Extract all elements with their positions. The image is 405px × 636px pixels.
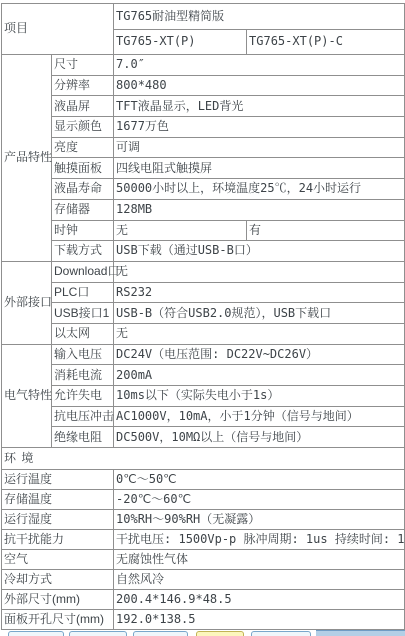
- partial-button-2[interactable]: [69, 631, 127, 636]
- row-value: 无: [114, 323, 405, 344]
- row-label: 外部尺寸(mm): [2, 590, 114, 610]
- row-value: DC24V（电压范围: DC22V~DC26V）: [114, 344, 405, 365]
- model-a: TG765-XT(P): [114, 29, 247, 55]
- row-label: Download口: [52, 261, 114, 282]
- row-label: 绝缘电阻: [52, 427, 114, 448]
- partial-button-1[interactable]: [8, 631, 64, 636]
- row-value: -20℃～60℃: [114, 490, 405, 510]
- row-value: 干扰电压: 1500Vp-p 脉冲周期: 1us 持续时间: 1分钟: [114, 530, 405, 550]
- row-value: TFT液晶显示，LED背光: [114, 96, 405, 117]
- row-label: 消耗电流: [52, 365, 114, 386]
- row-value: 200mA: [114, 365, 405, 386]
- row-value: 192.0*138.5: [114, 610, 405, 630]
- row-label: 输入电压: [52, 344, 114, 365]
- table-row: 产品特性 尺寸 7.0″: [2, 55, 405, 76]
- row-value-model-b: 有: [247, 220, 405, 241]
- section-header-row: 环 境: [2, 448, 405, 470]
- row-value: 0℃～50℃: [114, 470, 405, 490]
- partial-button-5[interactable]: [251, 631, 311, 636]
- row-label: 触摸面板: [52, 158, 114, 179]
- row-value: 1677万色: [114, 117, 405, 138]
- table-row: 下载方式 USB下载（通过USB-B口）: [2, 241, 405, 262]
- table-row: 触摸面板 四线电阻式触摸屏: [2, 158, 405, 179]
- row-label: 液晶屏: [52, 96, 114, 117]
- table-row-clock: 时钟 无 有: [2, 220, 405, 241]
- partial-blue-panel: [316, 630, 405, 636]
- row-label: USB接口1: [52, 303, 114, 324]
- row-value: AC1000V，10mA，小于1分钟（信号与地间）: [114, 406, 405, 427]
- row-label: 以太网: [52, 323, 114, 344]
- table-row: 电气特性 输入电压 DC24V（电压范围: DC22V~DC26V）: [2, 344, 405, 365]
- table-row: USB接口1 USB-B（符合USB2.0规范），USB下载口: [2, 303, 405, 324]
- row-label: 时钟: [52, 220, 114, 241]
- table-row: PLC口 RS232: [2, 282, 405, 303]
- table-row: 抗电压冲击 AC1000V，10mA，小于1分钟（信号与地间）: [2, 406, 405, 427]
- row-label: PLC口: [52, 282, 114, 303]
- row-value-model-a: 无: [114, 220, 247, 241]
- row-label: 显示颜色: [52, 117, 114, 138]
- table-header-row: 项目 TG765耐油型精简版: [2, 4, 405, 30]
- row-value: 四线电阻式触摸屏: [114, 158, 405, 179]
- table-row: 运行湿度 10%RH～90%RH（无凝露）: [2, 510, 405, 530]
- partial-button-3[interactable]: [133, 631, 188, 636]
- row-value: 10ms以下（实际失电小于1s）: [114, 386, 405, 407]
- header-item-cell: 项目: [2, 4, 114, 55]
- row-label: 运行温度: [2, 470, 114, 490]
- table-row: 空气 无腐蚀性气体: [2, 550, 405, 570]
- table-row: 抗干扰能力 干扰电压: 1500Vp-p 脉冲周期: 1us 持续时间: 1分钟: [2, 530, 405, 550]
- row-label: 运行湿度: [2, 510, 114, 530]
- table-row: 外部尺寸(mm) 200.4*146.9*48.5: [2, 590, 405, 610]
- model-b: TG765-XT(P)-C: [247, 29, 405, 55]
- table-row: 面板开孔尺寸(mm) 192.0*138.5: [2, 610, 405, 630]
- table-row: 绝缘电阻 DC500V，10MΩ以上（信号与地间）: [2, 427, 405, 448]
- row-label: 存储器: [52, 199, 114, 220]
- row-value: 可调: [114, 137, 405, 158]
- table-row: 亮度 可调: [2, 137, 405, 158]
- row-value: 800*480: [114, 75, 405, 96]
- bottom-button-strip: [0, 630, 405, 636]
- section-header-environment: 环 境: [2, 448, 405, 470]
- table-row: 允许失电 10ms以下（实际失电小于1s）: [2, 386, 405, 407]
- row-value: USB-B（符合USB2.0规范），USB下载口: [114, 303, 405, 324]
- group-external-interfaces: 外部接口: [2, 261, 52, 344]
- row-value: 10%RH～90%RH（无凝露）: [114, 510, 405, 530]
- row-label: 亮度: [52, 137, 114, 158]
- row-value: 无: [114, 261, 405, 282]
- row-label: 允许失电: [52, 386, 114, 407]
- row-label: 存储温度: [2, 490, 114, 510]
- row-value: 200.4*146.9*48.5: [114, 590, 405, 610]
- table-row: 显示颜色 1677万色: [2, 117, 405, 138]
- row-label: 抗电压冲击: [52, 406, 114, 427]
- table-row: 以太网 无: [2, 323, 405, 344]
- row-value: DC500V，10MΩ以上（信号与地间）: [114, 427, 405, 448]
- group-electrical: 电气特性: [2, 344, 52, 447]
- row-label: 分辨率: [52, 75, 114, 96]
- row-label: 空气: [2, 550, 114, 570]
- spec-table: 项目 TG765耐油型精简版 TG765-XT(P) TG765-XT(P)-C…: [1, 3, 405, 630]
- row-label: 抗干扰能力: [2, 530, 114, 550]
- row-label: 液晶寿命: [52, 179, 114, 200]
- row-value: RS232: [114, 282, 405, 303]
- row-value: 50000小时以上，环境温度25℃，24小时运行: [114, 179, 405, 200]
- row-label: 下载方式: [52, 241, 114, 262]
- series-title: TG765耐油型精简版: [114, 4, 405, 30]
- table-row: 分辨率 800*480: [2, 75, 405, 96]
- table-row: 存储温度 -20℃～60℃: [2, 490, 405, 510]
- row-label: 面板开孔尺寸(mm): [2, 610, 114, 630]
- row-value: 无腐蚀性气体: [114, 550, 405, 570]
- table-row: 存储器 128MB: [2, 199, 405, 220]
- row-value: 128MB: [114, 199, 405, 220]
- row-value: USB下载（通过USB-B口）: [114, 241, 405, 262]
- row-label: 尺寸: [52, 55, 114, 76]
- group-product-features: 产品特性: [2, 55, 52, 262]
- partial-button-4-highlighted[interactable]: [196, 631, 244, 636]
- table-row: 外部接口 Download口 无: [2, 261, 405, 282]
- table-row: 液晶寿命 50000小时以上，环境温度25℃，24小时运行: [2, 179, 405, 200]
- row-value: 7.0″: [114, 55, 405, 76]
- table-row: 运行温度 0℃～50℃: [2, 470, 405, 490]
- row-label: 冷却方式: [2, 570, 114, 590]
- table-row: 消耗电流 200mA: [2, 365, 405, 386]
- table-row: 冷却方式 自然风冷: [2, 570, 405, 590]
- table-row: 液晶屏 TFT液晶显示，LED背光: [2, 96, 405, 117]
- row-value: 自然风冷: [114, 570, 405, 590]
